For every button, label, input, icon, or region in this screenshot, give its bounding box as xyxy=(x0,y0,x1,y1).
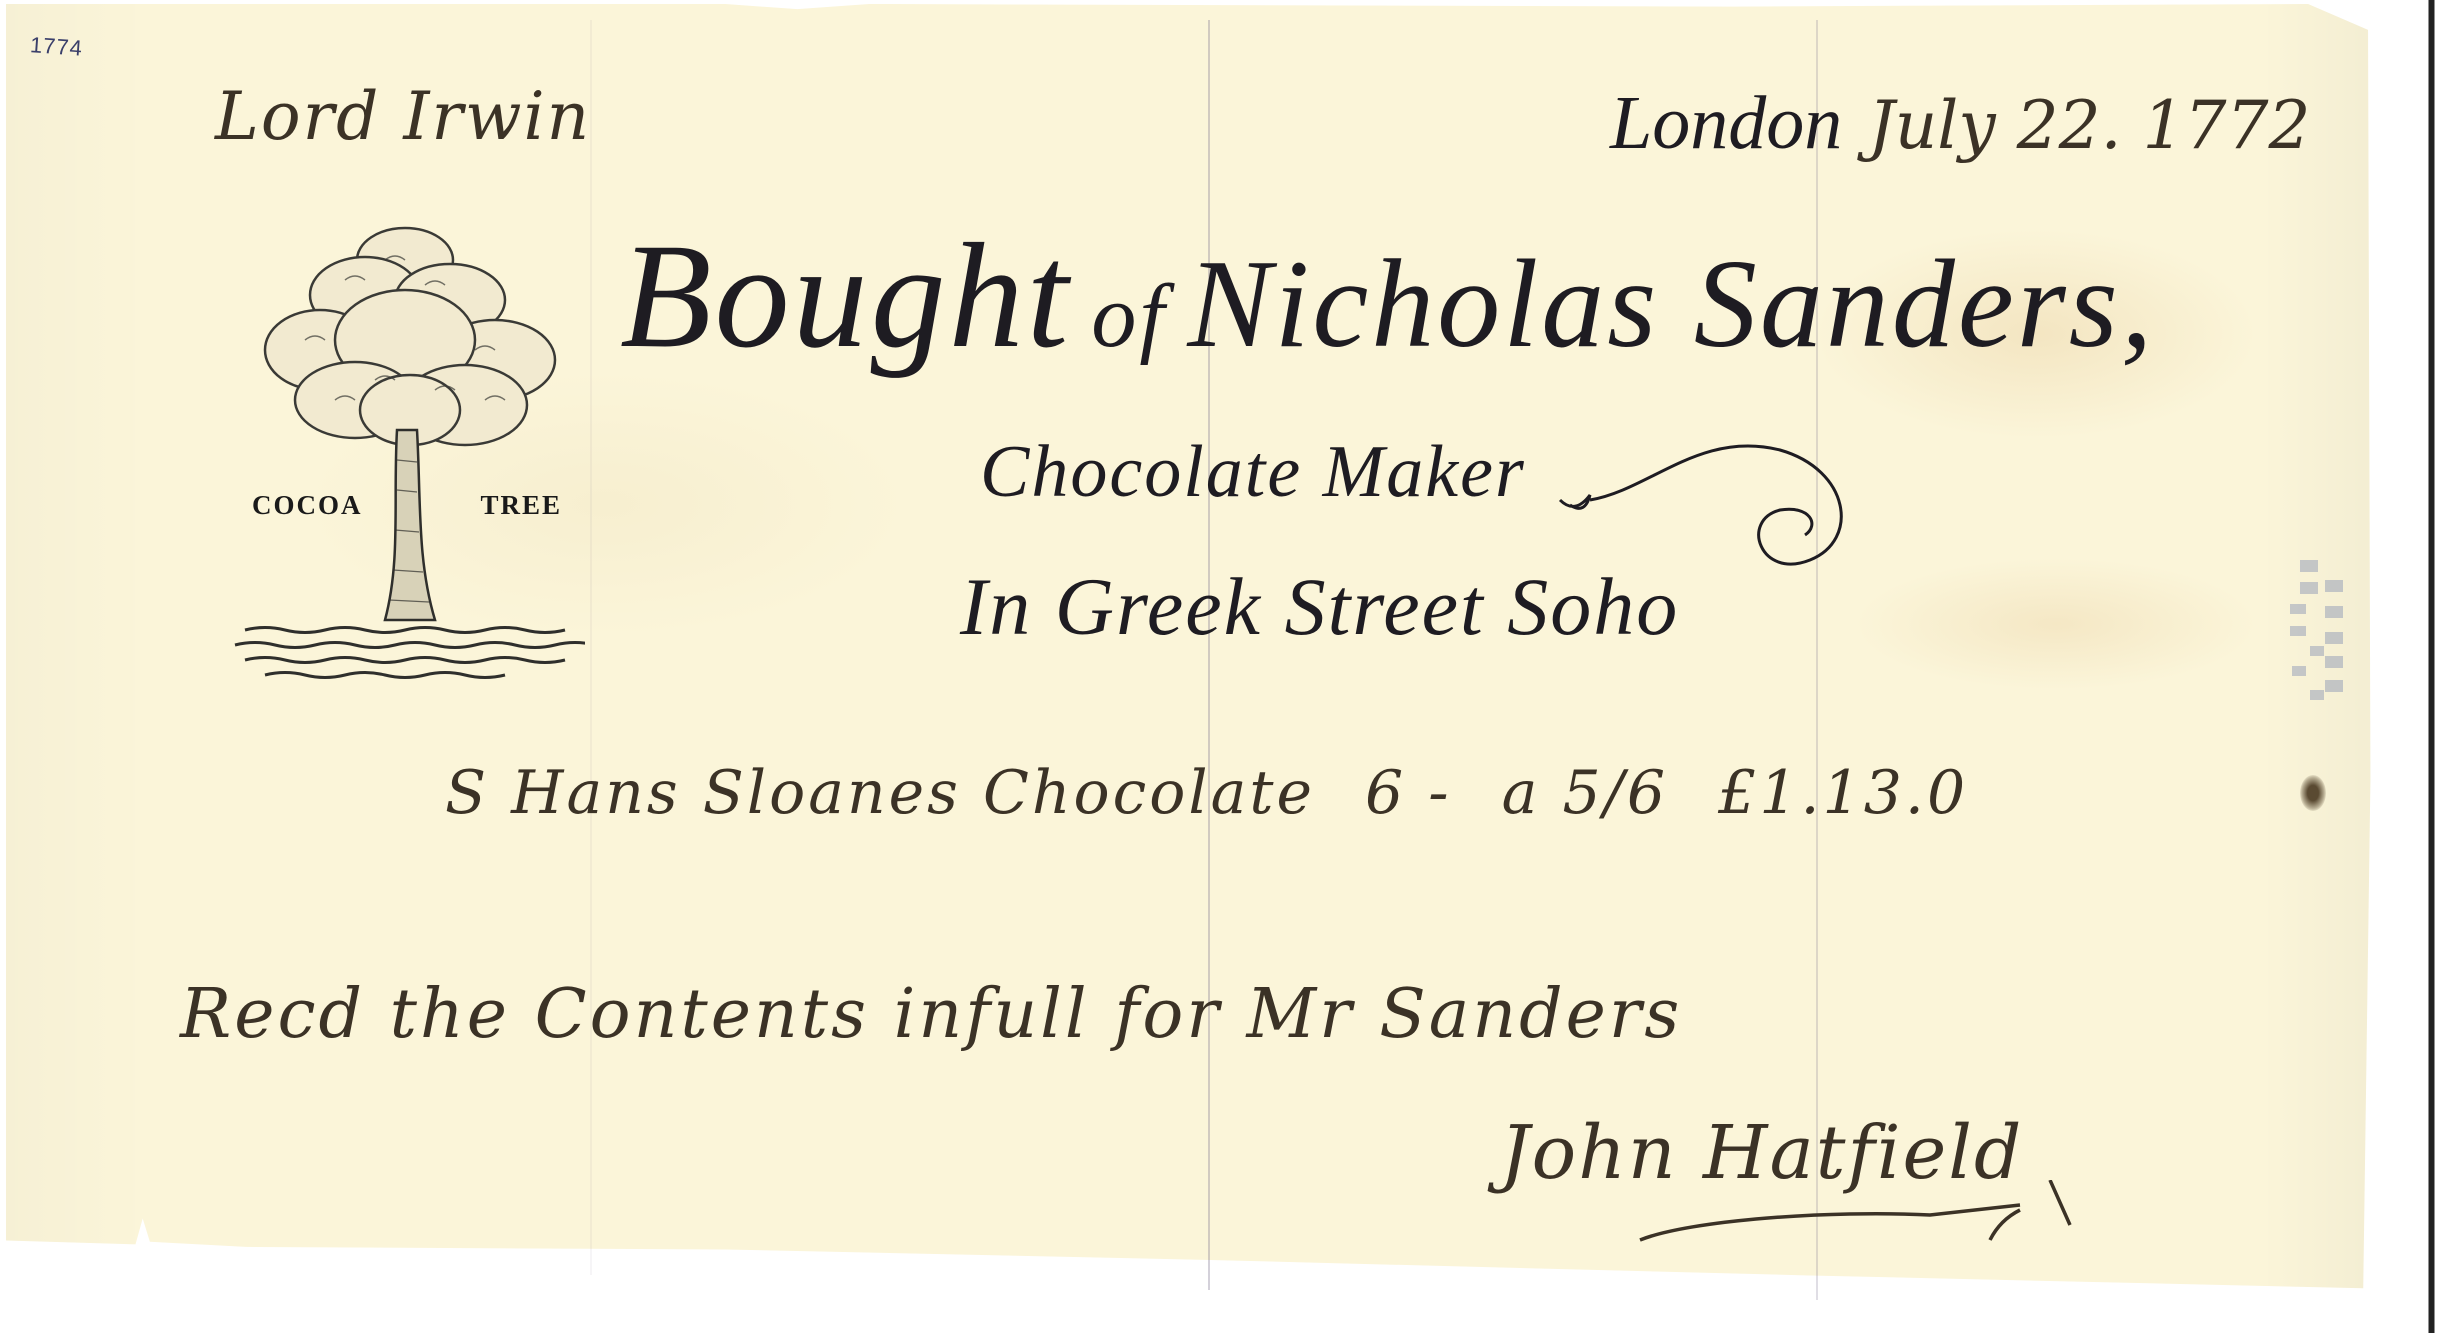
logo-label-tree: TREE xyxy=(480,490,562,521)
item-amount: £1.13.0 xyxy=(1718,758,1968,828)
merchant-name: Nicholas Sanders, xyxy=(1187,235,2155,374)
item-quantity: 6 - xyxy=(1365,758,1452,828)
document-scan: 1774 Lord Irwin London July 22. 1772 xyxy=(0,0,2441,1333)
logo-label-cocoa: COCOA xyxy=(252,490,363,521)
line-item: S Hans Sloanes Chocolate 6 - a 5/6 £1.13… xyxy=(445,758,1996,828)
bill-heading: BoughtofNicholas Sanders, xyxy=(620,210,2155,382)
merchant-trade: Chocolate Maker xyxy=(980,430,1526,515)
merchant-address: In Greek Street Soho xyxy=(960,560,1679,654)
receipt-statement: Recd the Contents infull for Mr Sanders xyxy=(180,975,1682,1054)
heading-bought: Bought xyxy=(620,213,1071,379)
fold-line xyxy=(590,20,592,1275)
archive-note: 1774 xyxy=(29,32,84,62)
logo-label: COCOA TREE xyxy=(252,490,562,521)
addressee: Lord Irwin xyxy=(215,78,591,155)
signature-underline-icon xyxy=(1630,1180,2090,1260)
archival-stamp-icon xyxy=(2290,560,2350,730)
heading-of: of xyxy=(1091,267,1167,366)
date: July 22. 1772 xyxy=(1868,87,2310,164)
ink-blot xyxy=(2300,775,2326,811)
place-and-date: London July 22. 1772 xyxy=(1610,80,2311,167)
scan-edge xyxy=(2420,0,2441,1333)
item-description: S Hans Sloanes Chocolate xyxy=(445,758,1315,828)
item-rate: a 5/6 xyxy=(1502,758,1668,828)
place: London xyxy=(1610,81,1842,165)
cocoa-tree-icon xyxy=(225,200,585,700)
